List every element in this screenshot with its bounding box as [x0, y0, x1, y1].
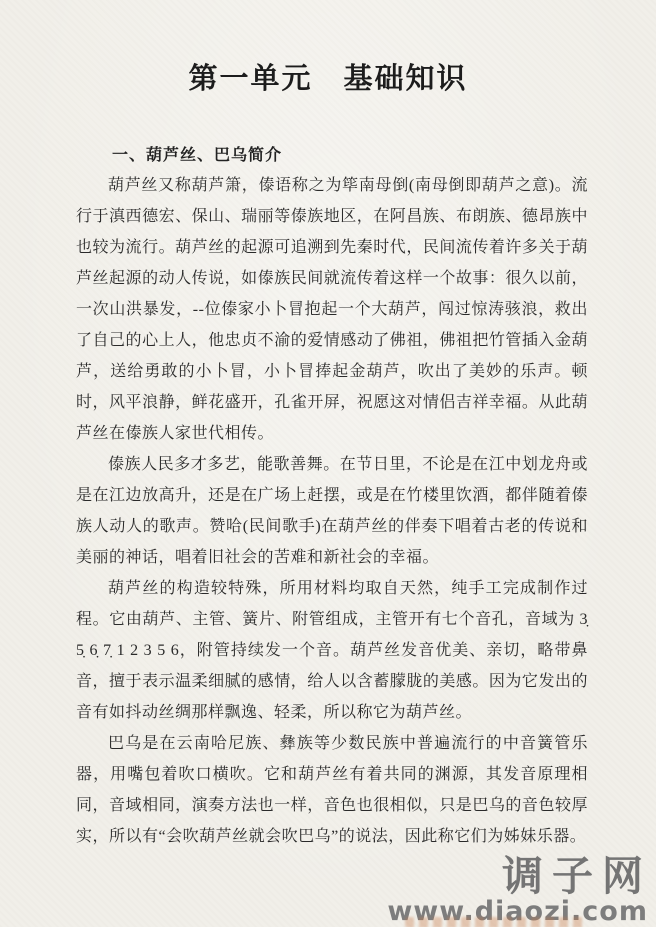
body-paragraph: 葫芦丝的构造较特殊，所用材料均取自天然，纯手工完成制作过程。它由葫芦、主管、簧片… — [76, 573, 588, 728]
body-text: 葫芦丝又称葫芦箫，傣语称之为筚南母倒(南母倒即葫芦之意)。流行于滇西德宏、保山、… — [76, 170, 588, 852]
page-title: 第一单元 基础知识 — [0, 56, 656, 97]
section-heading: 一、葫芦丝、巴乌简介 — [112, 142, 282, 165]
body-paragraph: 傣族人民多才多艺，能歌善舞。在节日里，不论是在江中划龙舟或是在江边放高升，还是在… — [76, 449, 588, 573]
watermark-site-name: 调子网 — [387, 855, 652, 898]
watermark-site-url: www.diaozi.com — [387, 898, 648, 925]
watermark: 调子网 www.diaozi.com — [387, 855, 648, 925]
book-page: 第一单元 基础知识 一、葫芦丝、巴乌简介 葫芦丝又称葫芦箫，傣语称之为筚南母倒(… — [0, 0, 656, 927]
body-paragraph: 巴乌是在云南哈尼族、彝族等少数民族中普遍流行的中音簧管乐器，用嘴包着吹口横吹。它… — [76, 728, 588, 852]
body-paragraph: 葫芦丝又称葫芦箫，傣语称之为筚南母倒(南母倒即葫芦之意)。流行于滇西德宏、保山、… — [76, 170, 588, 449]
watermark-url-text: www.diaozi.com — [387, 896, 648, 927]
